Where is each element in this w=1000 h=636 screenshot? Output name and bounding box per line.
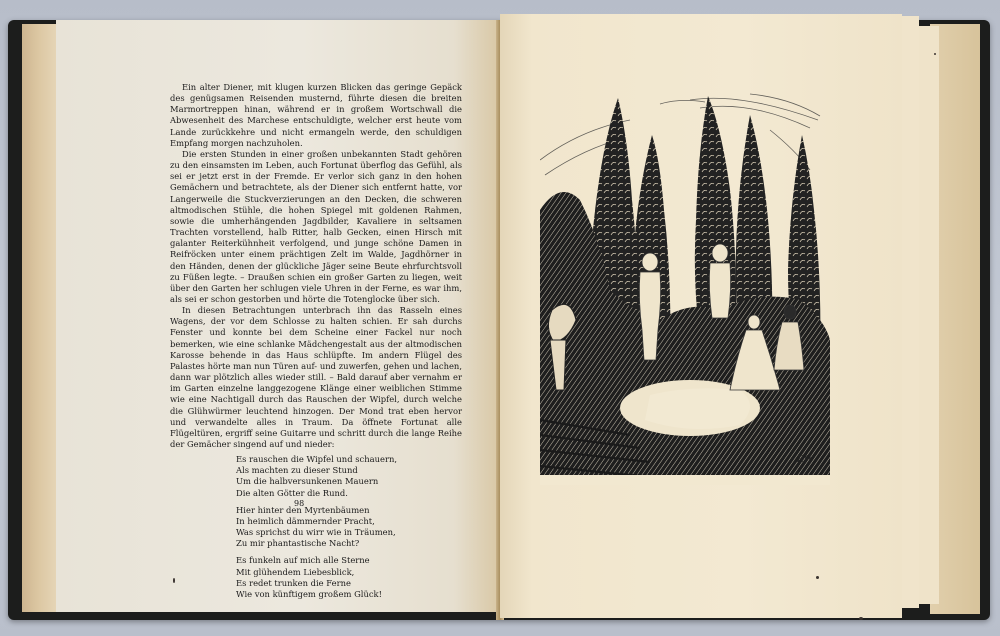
foxing-spot (816, 576, 819, 579)
poem-line: Wie von künftigem großem Glück! (236, 589, 462, 600)
foxing-spot (859, 617, 863, 620)
poem-line: Was sprichst du wirr wie in Träumen, (236, 527, 462, 538)
paragraph: Ein alter Diener, mit klugen kurzen Blic… (170, 82, 462, 149)
poem-line: Mit glühendem Liebesblick, (236, 567, 462, 578)
paragraph: Die ersten Stunden in einer großen unbek… (170, 149, 462, 305)
foxing-spot (934, 53, 936, 55)
poem-line: Es funkeln auf mich alle Sterne (236, 555, 462, 566)
left-page-edges (22, 24, 58, 612)
garden-illustration (540, 90, 830, 485)
poem-stanza: Es funkeln auf mich alle Sterne Mit glüh… (236, 555, 462, 600)
poem-line: Die alten Götter die Rund. (236, 488, 462, 499)
poem-line: In heimlich dämmernder Pracht, (236, 516, 462, 527)
poem: Es rauschen die Wipfel und schauern, Als… (236, 454, 462, 600)
poem-line: Es rauschen die Wipfel und schauern, (236, 454, 462, 465)
poem-line: Um die halbversunkenen Mauern (236, 476, 462, 487)
poem-line: Hier hinter den Myrtenbäumen (236, 505, 462, 516)
poem-line: Als machten zu dieser Stund (236, 465, 462, 476)
poem-line: Es redet trunken die Ferne (236, 578, 462, 589)
poem-line: Zu mir phantastische Nacht? (236, 538, 462, 549)
sky-strokes (540, 94, 820, 175)
poem-stanza: Es rauschen die Wipfel und schauern, Als… (236, 454, 462, 499)
foxing-spot (173, 578, 175, 583)
poem-stanza: Hier hinter den Myrtenbäumen In heimlich… (236, 505, 462, 550)
page-number: 98 (294, 499, 304, 508)
artist-signature: RH (797, 455, 812, 465)
paragraph: In diesen Betrachtungen unterbrach ihn d… (170, 305, 462, 450)
page-text: Ein alter Diener, mit klugen kurzen Blic… (170, 82, 462, 606)
